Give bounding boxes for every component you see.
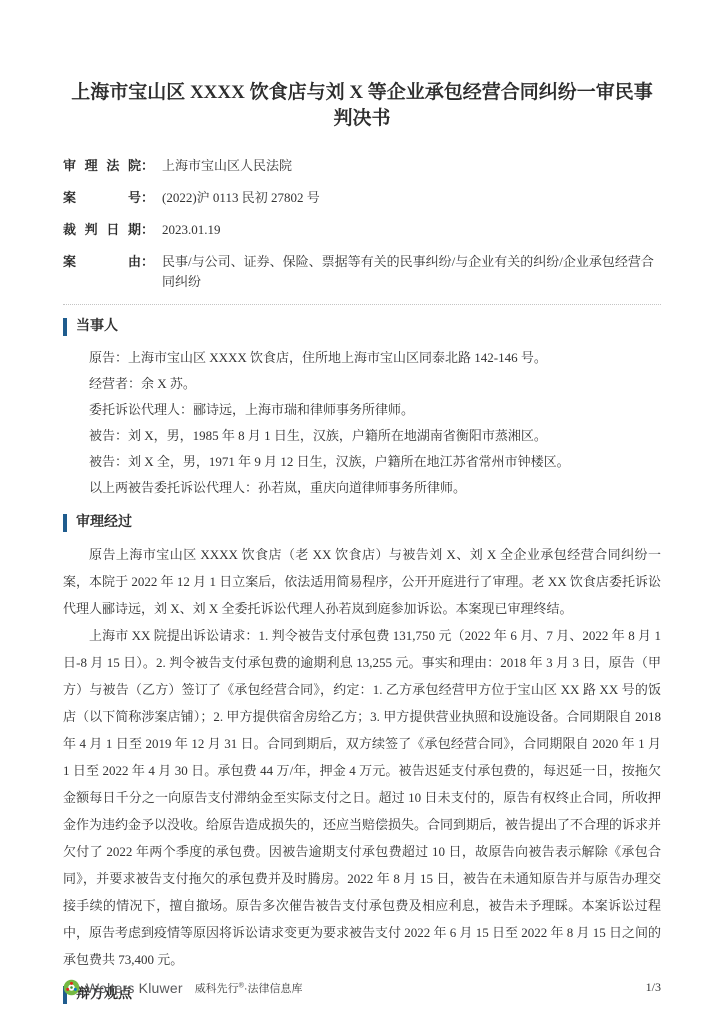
dotted-separator (63, 304, 661, 305)
page-title: 上海市宝山区 XXXX 饮食店与刘 X 等企业承包经营合同纠纷一审民事判决书 (63, 0, 661, 132)
meta-colon: ： (141, 252, 154, 272)
section-heading-trial-process: 审理经过 (63, 514, 661, 532)
meta-row-cause-of-action: 案由： 民事/与公司、证券、保险、票据等有关的民事纠纷/与企业有关的纠纷/企业承… (63, 252, 661, 292)
party-paragraph-defendant-2: 被告：刘 X 全，男，1971 年 9 月 12 日生，汉族，户籍所在地江苏省常… (63, 449, 661, 475)
meta-colon: ： (141, 156, 154, 176)
meta-value-cause-of-action: 民事/与公司、证券、保险、票据等有关的民事纠纷/与企业有关的纠纷/企业承包经营合… (162, 252, 661, 292)
party-paragraph-plaintiff: 原告：上海市宝山区 XXXX 饮食店，住所地上海市宝山区同泰北路 142-146… (63, 345, 661, 371)
meta-label-case-number: 案号 (63, 188, 141, 208)
meta-colon: ： (141, 220, 154, 240)
case-metadata: 审理法院： 上海市宝山区人民法院 案号： (2022)沪 0113 民初 278… (63, 156, 661, 292)
document-content: 上海市宝山区 XXXX 饮食店与刘 X 等企业承包经营合同纠纷一审民事判决书 审… (0, 0, 724, 1004)
wolters-kluwer-logo-icon (63, 979, 80, 996)
trial-process-paragraph-2: 上海市 XX 院提出诉讼请求：1. 判令被告支付承包费 131,750 元（20… (63, 622, 661, 973)
section-trial-process: 审理经过 原告上海市宝山区 XXXX 饮食店（老 XX 饮食店）与被告刘 X、刘… (63, 514, 661, 973)
meta-label-judgment-date: 裁判日期 (63, 220, 141, 240)
meta-row-case-number: 案号： (2022)沪 0113 民初 27802 号 (63, 188, 661, 208)
judgment-document-page: 上海市宝山区 XXXX 饮食店与刘 X 等企业承包经营合同纠纷一审民事判决书 审… (0, 0, 724, 1024)
meta-row-court: 审理法院： 上海市宝山区人民法院 (63, 156, 661, 176)
weike-xianxing-brand-text: 威科先行®·法律信息库 (195, 980, 303, 996)
party-paragraph-defendant-1: 被告：刘 X，男，1985 年 8 月 1 日生，汉族，户籍所在地湖南省衡阳市蒸… (63, 423, 661, 449)
party-paragraph-defendants-agent: 以上两被告委托诉讼代理人：孙若岚，重庆向道律师事务所律师。 (63, 475, 661, 501)
party-paragraph-operator: 经营者：余 X 苏。 (63, 371, 661, 397)
meta-value-court: 上海市宝山区人民法院 (162, 156, 661, 176)
meta-value-judgment-date: 2023.01.19 (162, 220, 661, 240)
meta-label-court: 审理法院 (63, 156, 141, 176)
section-heading-parties: 当事人 (63, 318, 661, 336)
meta-value-case-number: (2022)沪 0113 民初 27802 号 (162, 188, 661, 208)
meta-colon: ： (141, 188, 154, 208)
page-footer: Wolters Kluwer 威科先行®·法律信息库 1/3 (63, 979, 661, 996)
meta-row-judgment-date: 裁判日期： 2023.01.19 (63, 220, 661, 240)
trial-process-paragraph-1: 原告上海市宝山区 XXXX 饮食店（老 XX 饮食店）与被告刘 X、刘 X 全企… (63, 541, 661, 622)
page-number-indicator: 1/3 (646, 980, 661, 995)
section-parties: 当事人 原告：上海市宝山区 XXXX 饮食店，住所地上海市宝山区同泰北路 142… (63, 318, 661, 501)
meta-label-cause-of-action: 案由 (63, 252, 141, 272)
wolters-kluwer-brand-text: Wolters Kluwer (86, 980, 183, 996)
party-paragraph-plaintiff-agent: 委托诉讼代理人：郦诗远，上海市瑞和律师事务所律师。 (63, 397, 661, 423)
